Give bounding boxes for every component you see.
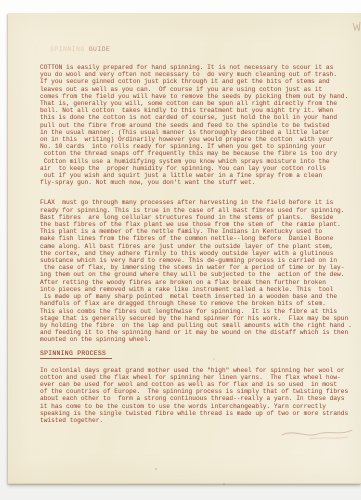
scanned-page: SPINNINGGUIDE COTTON is easily prepared … xyxy=(0,0,361,500)
paragraph-colonial: In colonial days great grand mother used… xyxy=(40,367,361,425)
page-title-text: GUIDE xyxy=(89,46,111,53)
page-title-faded: SPINNING xyxy=(50,46,85,53)
paper-sheet: SPINNINGGUIDE COTTON is easily prepared … xyxy=(8,13,361,484)
paper-speck xyxy=(213,358,215,360)
section-heading-spinning-process: SPINNING PROCESS xyxy=(40,350,112,359)
pencil-squiggle-mark xyxy=(280,425,358,443)
paragraph-flax: FLAX must go through many processes afte… xyxy=(40,199,361,343)
paragraph-cotton: COTTON is easily prepared for hand spinn… xyxy=(40,64,361,186)
paper-speck xyxy=(155,468,157,470)
edge-artifact-mark xyxy=(352,20,361,34)
page-title: SPINNINGGUIDE xyxy=(50,46,361,53)
paper-speck xyxy=(223,483,225,485)
